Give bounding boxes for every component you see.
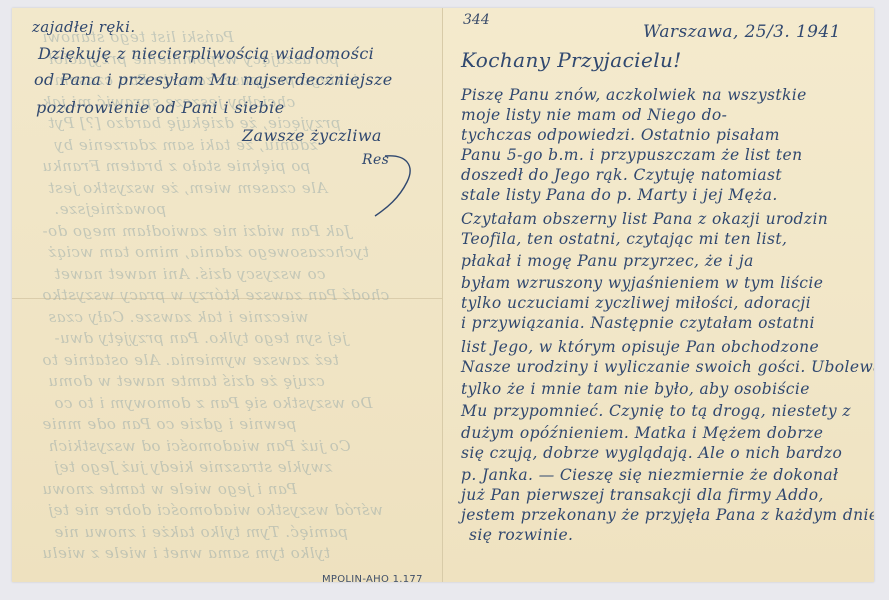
letter-line: tylko uczuciami zyczliwej miłości, adora… bbox=[461, 294, 811, 312]
right-page: 344 Warszawa, 25/3. 1941 Kochany Przyjac… bbox=[443, 8, 874, 582]
show-through-line: chodź Pan zawsze którzy w pracy wszystko bbox=[42, 286, 389, 304]
letter-line: już Pan pierwszej transakcji dla firmy A… bbox=[461, 486, 824, 504]
letter-line: Piszę Panu znów, aczkolwiek na wszystkie bbox=[461, 86, 807, 104]
show-through-line: też zawsze wymienia. Ale ostatnie to bbox=[42, 351, 339, 369]
letter-line: p. Janka. — Cieszę się niezmiernie że do… bbox=[461, 466, 838, 484]
show-through-line: pewnie i gdzie co Pan ode mnie bbox=[42, 415, 296, 433]
show-through-line: jej syn tego tylko. Pan przyjęty dwu- bbox=[54, 329, 347, 347]
closing-text: Zawsze życzliwa bbox=[242, 126, 382, 145]
show-through-line: tychczasowego zdania, mimo tam wciąż bbox=[48, 243, 369, 261]
show-through-line: pamięć. Tym tylko także i znowu nie bbox=[54, 523, 348, 541]
letter-line: dużym opóźnieniem. Matka i Mężem dobrze bbox=[461, 424, 823, 442]
letter-sheet: Pański list tego stanowiporuszający wspo… bbox=[12, 8, 874, 582]
signature-flourish-icon bbox=[367, 148, 427, 218]
letter-line: się rozwinie. bbox=[469, 526, 573, 544]
letter-line: doszedł do Jego rąk. Czytuję natomiast bbox=[461, 166, 782, 184]
show-through-line: co wszyscy dziś. Ani nawet nawet bbox=[54, 265, 326, 283]
letter-line: jestem przekonany że przyjęła Pana z każ… bbox=[461, 506, 874, 524]
letter-line: moje listy nie mam od Niego do- bbox=[461, 106, 727, 124]
left-line-4: pozdrowienie od Pani i siebie bbox=[36, 98, 285, 117]
left-page: Pański list tego stanowiporuszający wspo… bbox=[12, 8, 442, 582]
show-through-line: wśród wszystko wiadomości dobre nie tej bbox=[48, 501, 383, 519]
letter-line: się czują, dobrze wyglądają. Ale o nich … bbox=[461, 444, 842, 462]
letter-line: Mu przypomnieć. Czynię to tą drogą, nies… bbox=[461, 402, 851, 420]
left-line-2: Dziękuję z niecierpliwością wiadomości bbox=[38, 44, 374, 63]
fold-line bbox=[12, 298, 442, 299]
show-through-line: po pięknie stało z bratem Franku bbox=[42, 157, 310, 175]
show-through-line: wiecznie i tak zawsze. Cały czas bbox=[48, 308, 308, 326]
letter-line: tylko że i mnie tam nie było, aby osobiś… bbox=[461, 380, 810, 398]
letter-line: płakał i mogę Panu przyrzec, że i ja bbox=[461, 252, 754, 270]
letter-line: list Jego, w którym opisuje Pan obchodzo… bbox=[461, 338, 819, 356]
archive-reference: MPOLIN-AHO 1.177 bbox=[322, 574, 423, 585]
show-through-line: czuję że dziś tamte nawet w domu bbox=[48, 372, 325, 390]
show-through-line: poważniejsze. bbox=[54, 200, 166, 218]
show-through-line: Co już Pan wiadomości od wszystkich bbox=[48, 437, 351, 455]
show-through-line: Jak Pan widzi nie zawiodłam mego do- bbox=[42, 222, 351, 240]
show-through-line: Do wszystko się Pan z domowym i to co bbox=[54, 394, 372, 412]
show-through-line: Pan i jego wiele w tamte znowu bbox=[42, 480, 297, 498]
letter-line: stale listy Pana do p. Marty i jej Męża. bbox=[461, 186, 778, 204]
letter-line: Teofila, ten ostatni, czytając mi ten li… bbox=[461, 230, 787, 248]
show-through-line: Ale czasem wiem, że wszystko jest bbox=[48, 179, 327, 197]
page-number: 344 bbox=[463, 12, 490, 28]
letter-line: Czytałam obszerny list Pana z okazji uro… bbox=[461, 210, 828, 228]
letter-line: Panu 5-go b.m. i przypuszczam że list te… bbox=[461, 146, 803, 164]
show-through-line: tylko tym sama wnet i wiele z wielu bbox=[42, 544, 330, 562]
letter-line: i przywiązania. Następnie czytałam ostat… bbox=[461, 314, 815, 332]
left-line-3: od Pana i przesyłam Mu najserdeczniejsze bbox=[34, 70, 393, 89]
show-through-line: zwykle strasznie kiedy już Jego tej bbox=[54, 458, 332, 476]
place-date: Warszawa, 25/3. 1941 bbox=[643, 22, 841, 42]
letter-line: byłam wzruszony wyjaśnieniem w tym liści… bbox=[461, 274, 823, 292]
salutation: Kochany Przyjacielu! bbox=[461, 48, 682, 72]
left-line-1: zajadłej ręki. bbox=[32, 18, 136, 36]
letter-line: tychczas odpowiedzi. Ostatnio pisałam bbox=[461, 126, 780, 144]
letter-line: Nasze urodziny i wyliczanie swoich gości… bbox=[461, 358, 874, 376]
